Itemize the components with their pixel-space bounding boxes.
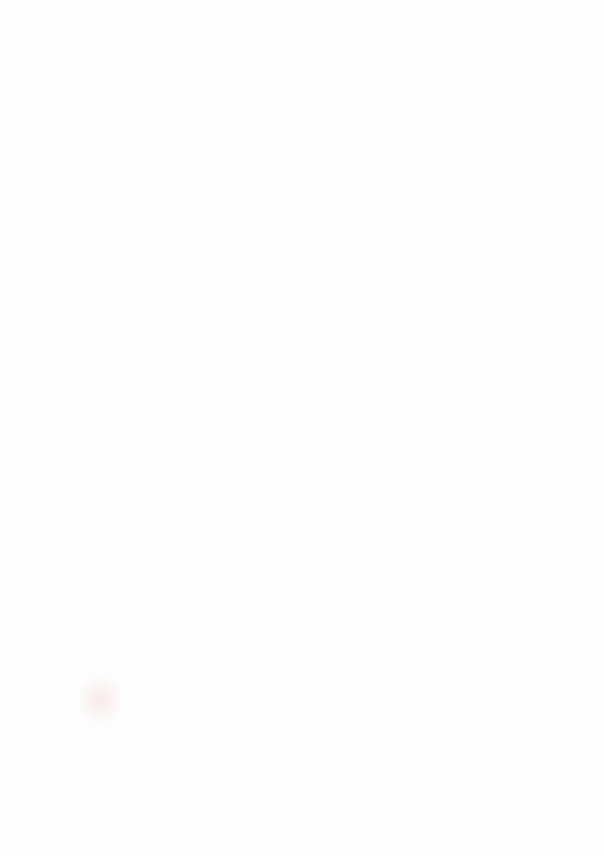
document-page [0, 0, 604, 856]
stamp-residue [80, 670, 120, 730]
